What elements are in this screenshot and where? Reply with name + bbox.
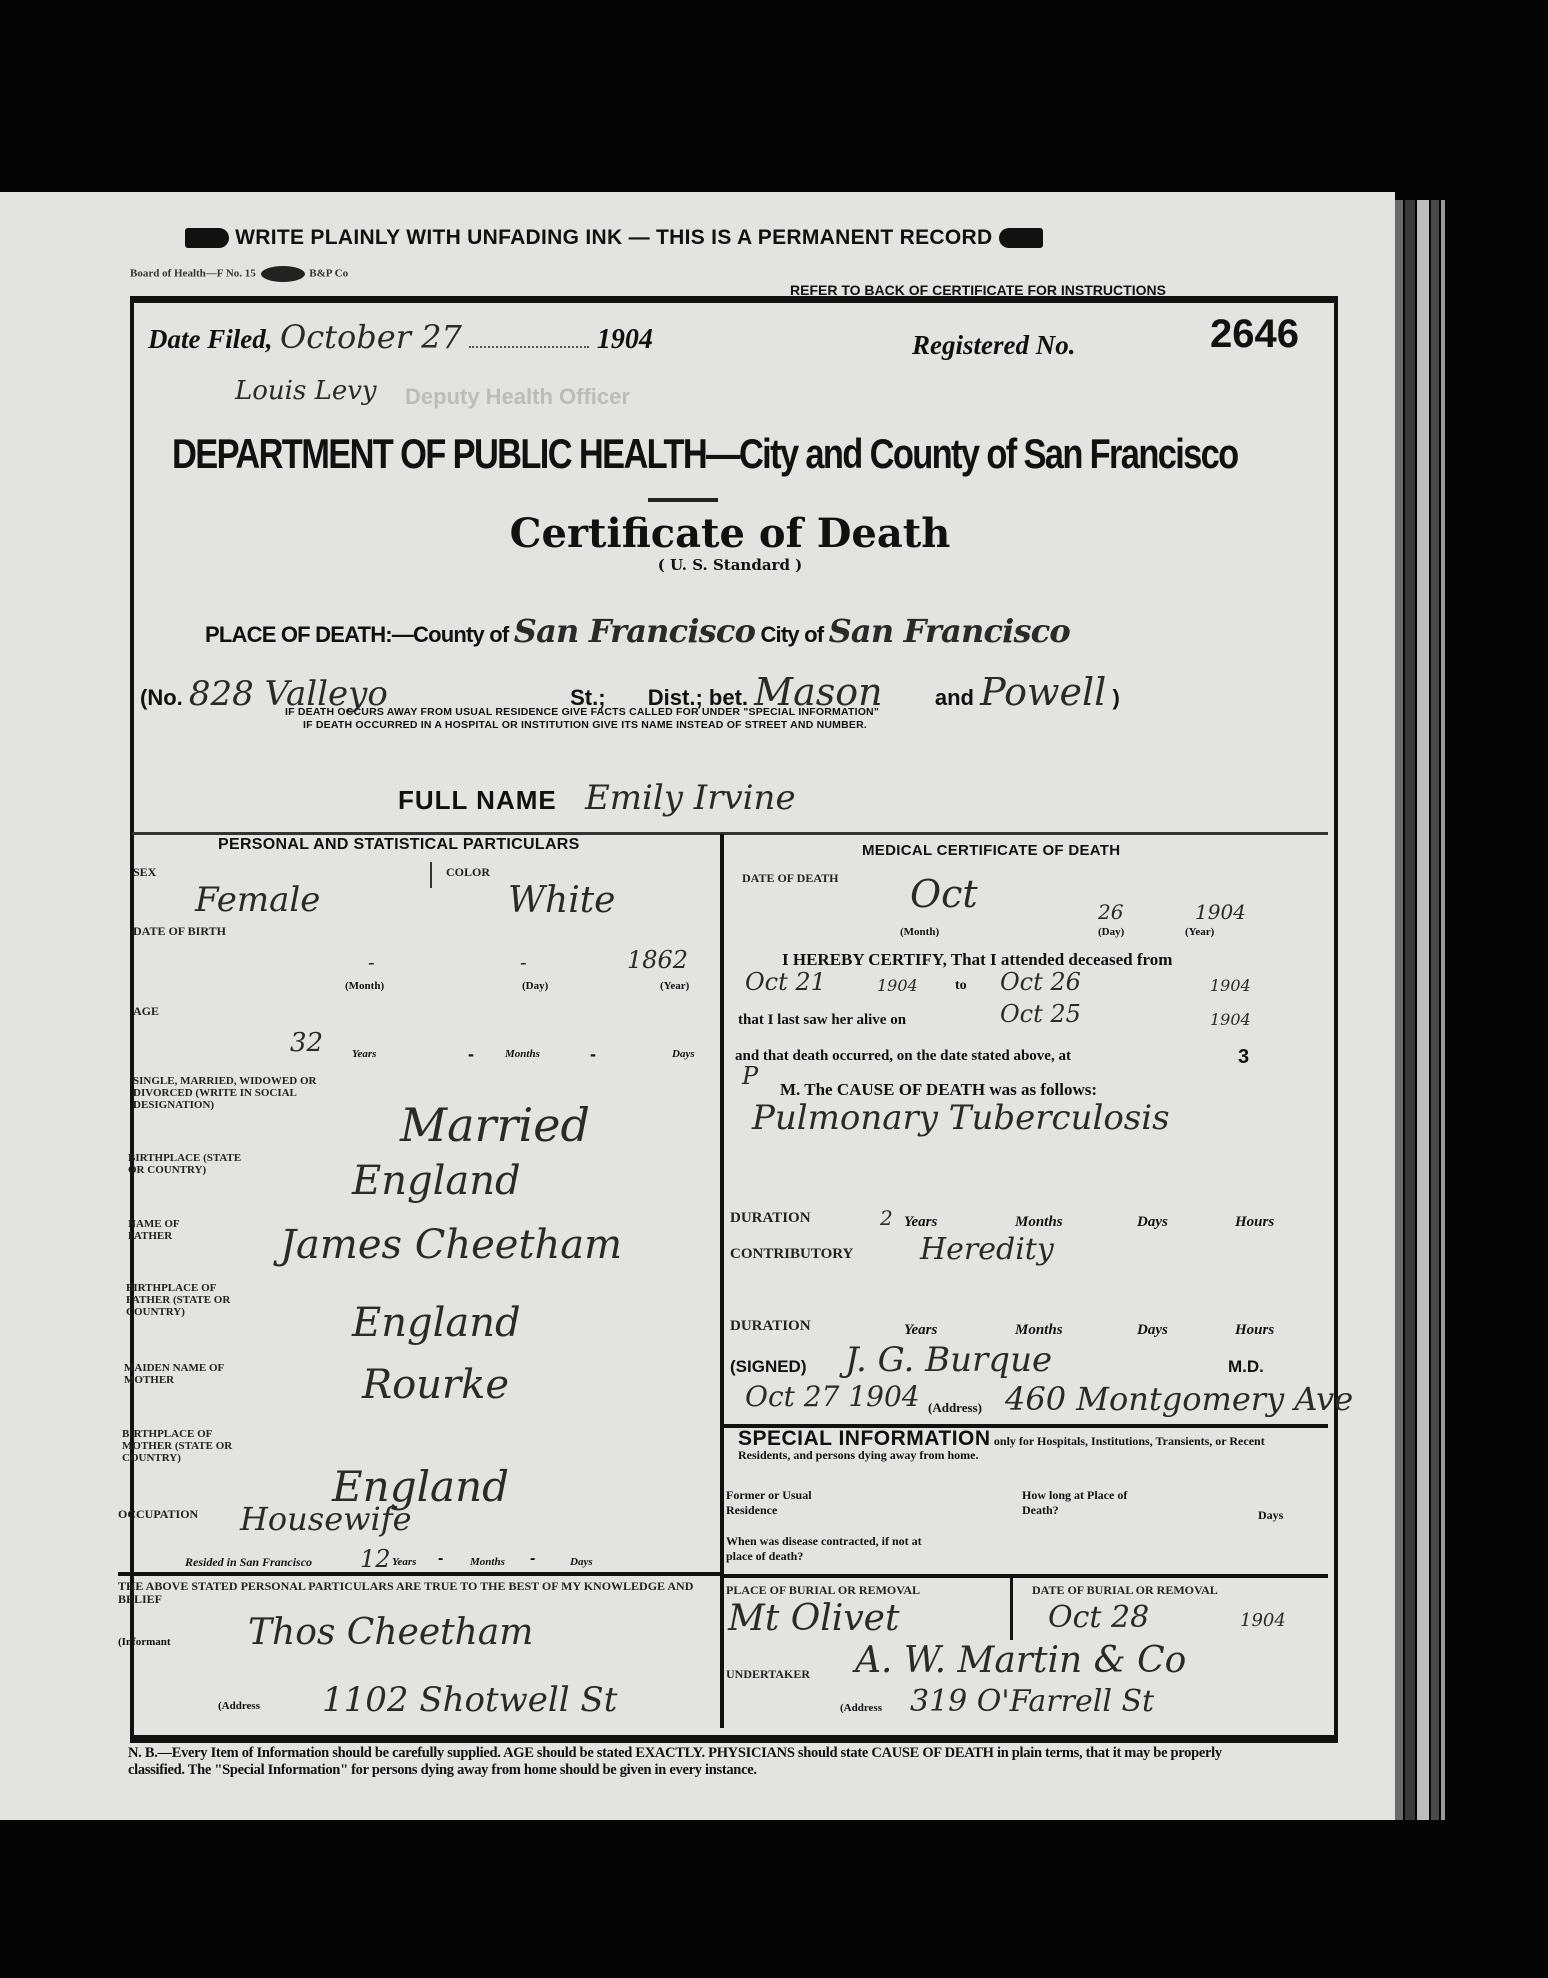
duration-years-value: 2: [880, 1206, 893, 1230]
mother-name-value: Rourke: [362, 1362, 509, 1408]
death-day-value: 26: [1098, 900, 1123, 924]
union-seal-icon: [261, 266, 305, 282]
divider: [648, 498, 718, 502]
ink-warning: WRITE PLAINLY WITH UNFADING INK — THIS I…: [185, 226, 1043, 250]
certificate-title: Certificate of Death: [0, 510, 1460, 557]
health-officer-signature: Louis Levy: [235, 376, 377, 406]
binding-edge: [1431, 200, 1439, 1820]
color-value: White: [508, 880, 615, 921]
county-value: San Francisco: [514, 612, 755, 650]
form-number: Board of Health—F No. 15 B&P Co: [130, 266, 348, 282]
undertaker-address-value: 319 O'Farrell St: [910, 1684, 1154, 1719]
binding-edge: [1405, 200, 1415, 1820]
health-officer-title: Deputy Health Officer: [405, 384, 630, 410]
full-name-value: Emily Irvine: [585, 778, 796, 818]
resided-years-value: 12: [360, 1545, 391, 1573]
birthplace-value: England: [352, 1158, 521, 1204]
binding-edge: [1417, 200, 1429, 1820]
physician-signature: J. G. Burque: [845, 1340, 1052, 1380]
column-divider: [720, 834, 724, 1728]
full-name: FULL NAME Emily Irvine: [398, 778, 796, 818]
residence-note: IF DEATH OCCURS AWAY FROM USUAL RESIDENC…: [285, 706, 879, 732]
contributory-value: Heredity: [920, 1232, 1054, 1267]
occupation-value: Housewife: [240, 1500, 412, 1538]
burial-date-value: Oct 28: [1048, 1600, 1149, 1635]
father-name-value: James Cheetham: [280, 1222, 622, 1268]
marital-value: Married: [400, 1098, 590, 1152]
undertaker-value: A. W. Martin & Co: [855, 1640, 1186, 1681]
registered-number: 2646: [1210, 312, 1299, 357]
birth-year-value: 1862: [627, 946, 688, 974]
binding-edge: [1441, 200, 1445, 1820]
father-birthplace-value: England: [352, 1300, 521, 1346]
certificate-standard: ( U. S. Standard ): [0, 556, 1460, 574]
meridiem-value: P: [742, 1062, 758, 1090]
death-year-value: 1904: [1195, 900, 1246, 924]
pointing-hand-icon: [999, 228, 1043, 248]
attended-to-value: Oct 26: [1000, 968, 1081, 996]
informant-value: Thos Cheetham: [248, 1612, 533, 1653]
place-of-death: PLACE OF DEATH:—County of San Francisco …: [205, 612, 1070, 650]
department-title: DEPARTMENT OF PUBLIC HEALTH—City and Cou…: [172, 430, 1238, 478]
pointing-hand-icon: [185, 228, 229, 248]
date-filed: Date Filed, October 27 1904: [148, 318, 653, 356]
divider: [720, 1574, 1328, 1578]
footnote: N. B.—Every Item of Information should b…: [128, 1745, 1228, 1779]
sex-value: Female: [195, 880, 320, 920]
city-value: San Francisco: [829, 612, 1070, 650]
attended-from-value: Oct 21: [745, 968, 826, 996]
burial-place-value: Mt Olivet: [728, 1598, 899, 1639]
informant-address-value: 1102 Shotwell St: [322, 1680, 617, 1720]
binding-edge: [1395, 200, 1403, 1820]
signed-date-value: Oct 27 1904: [745, 1380, 920, 1413]
age-years-value: 32: [290, 1028, 323, 1058]
last-seen-value: Oct 25: [1000, 1000, 1081, 1028]
personal-section-title: PERSONAL AND STATISTICAL PARTICULARS: [218, 836, 580, 854]
cause-of-death-value: Pulmonary Tuberculosis: [752, 1098, 1170, 1138]
physician-address-value: 460 Montgomery Ave: [1005, 1380, 1353, 1418]
registered-label: Registered No.: [912, 330, 1075, 361]
divider: [118, 1572, 720, 1576]
death-hour-value: 3: [1238, 1046, 1249, 1069]
divider: [132, 832, 1328, 835]
special-information: SPECIAL INFORMATION only for Hospitals, …: [738, 1432, 1318, 1462]
death-month-value: Oct: [910, 872, 978, 916]
informant-attestation: THE ABOVE STATED PERSONAL PARTICULARS AR…: [118, 1580, 708, 1606]
medical-section-title: MEDICAL CERTIFICATE OF DEATH: [862, 842, 1120, 859]
